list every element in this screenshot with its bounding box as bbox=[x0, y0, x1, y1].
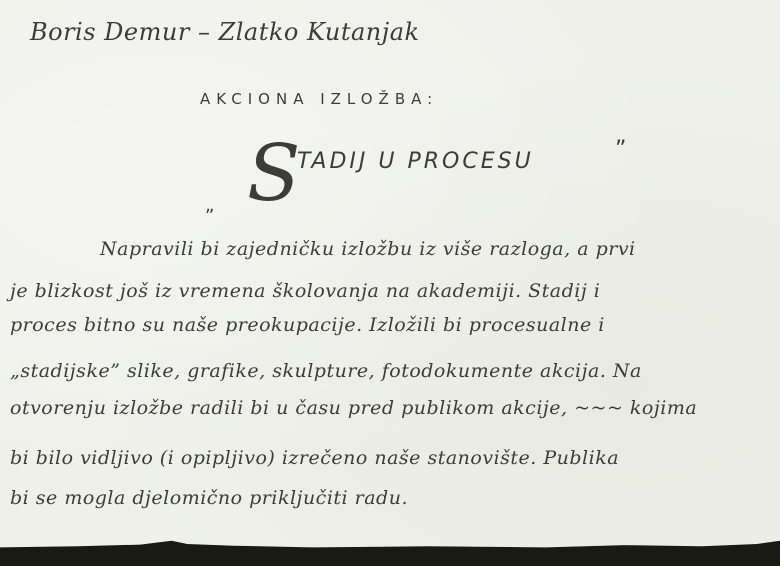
body-line: je blizkost još iz vremena školovanja na… bbox=[10, 280, 600, 302]
manuscript-page: Boris Demur – Zlatko Kutanjak AKCIONA IZ… bbox=[0, 0, 780, 554]
title-open-quote: „ bbox=[205, 195, 214, 216]
body-line: bi se mogla djelomično priključiti radu. bbox=[10, 487, 408, 509]
body-line: Napravili bi zajedničku izložbu iz više … bbox=[100, 238, 636, 260]
subtitle: AKCIONA IZLOŽBA: bbox=[200, 90, 438, 108]
body-line: „stadijske” slike, grafike, skulpture, f… bbox=[10, 360, 642, 382]
title-text: TADIJ U PROCESU bbox=[297, 149, 534, 174]
authors-heading: Boris Demur – Zlatko Kutanjak bbox=[30, 18, 420, 46]
title-initial: S bbox=[247, 135, 300, 213]
body-line: proces bitno su naše preokupacije. Izlož… bbox=[10, 314, 605, 336]
title-close-quote: ” bbox=[615, 137, 626, 162]
body-line: bi bilo vidljivo (i opipljivo) izrečeno … bbox=[10, 447, 619, 469]
body-line: otvorenju izložbe radili bi u času pred … bbox=[10, 397, 697, 419]
